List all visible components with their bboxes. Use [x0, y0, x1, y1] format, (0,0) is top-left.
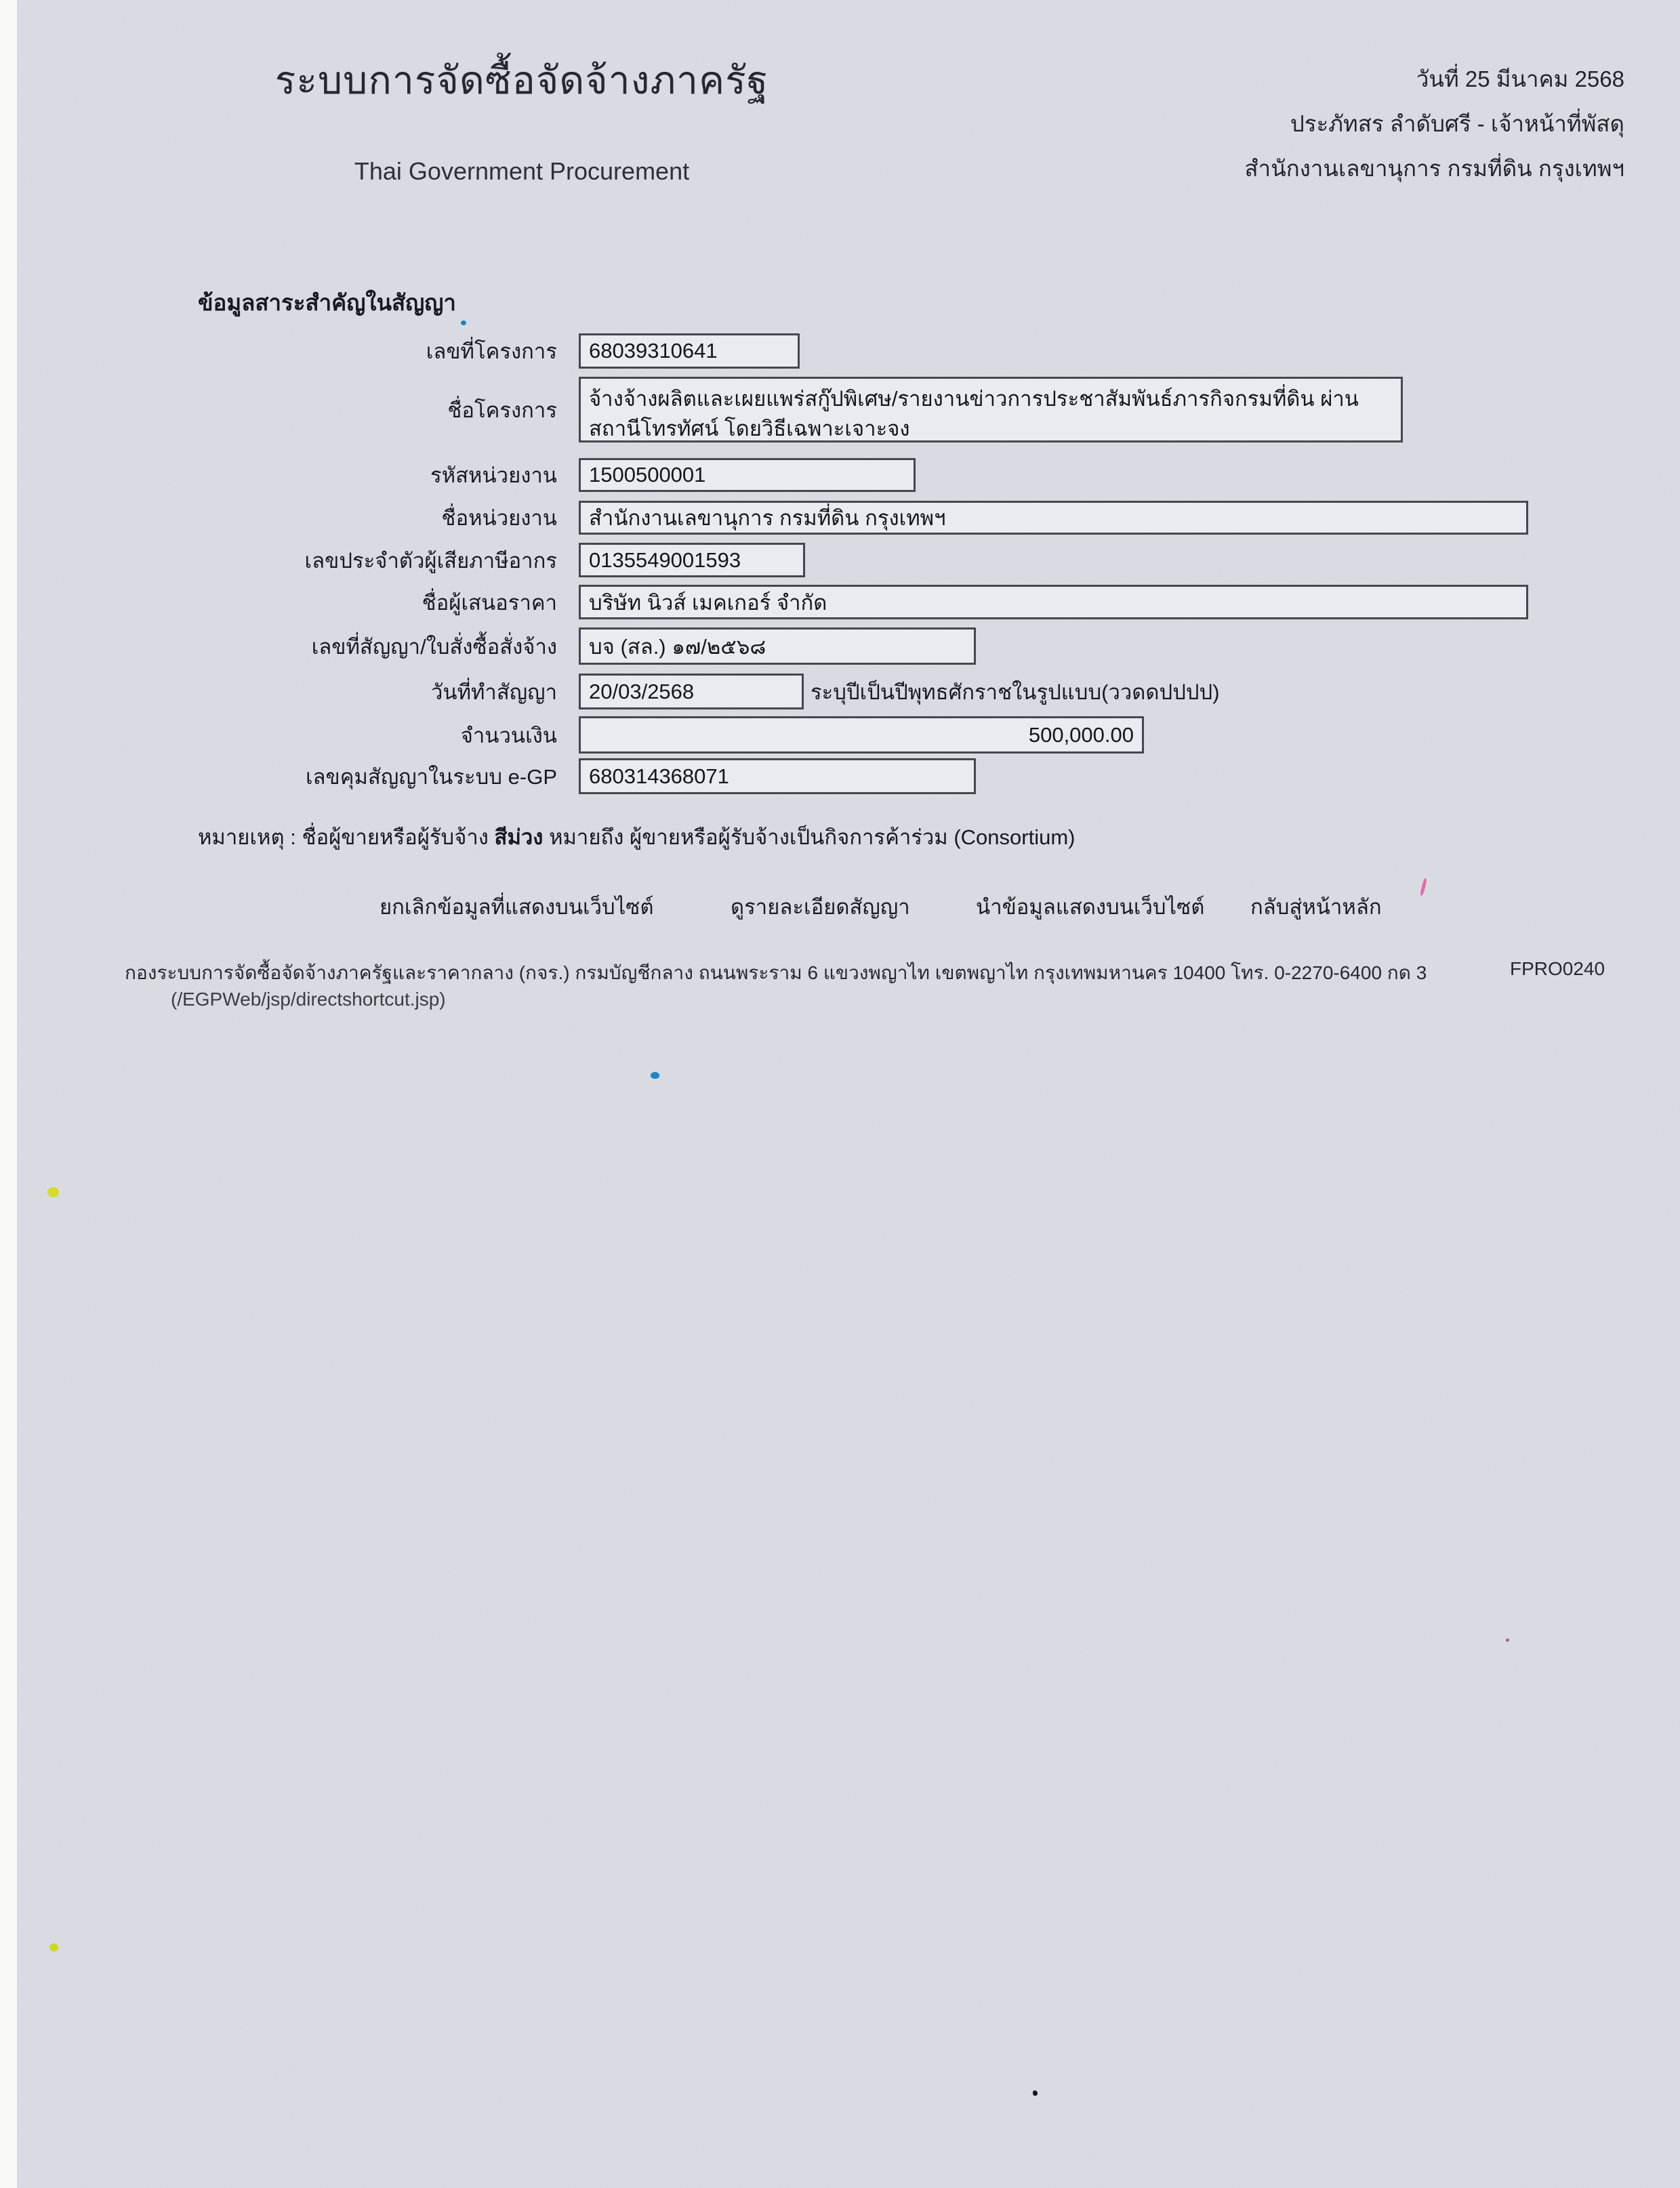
tax-id-field[interactable]: 0135549001593	[579, 543, 805, 577]
consortium-note: หมายเหตุ : ชื่อผู้ขายหรือผู้รับจ้าง สีม่…	[198, 820, 1075, 854]
user-organization: สำนักงานเลขานุการ กรมที่ดิน กรุงเทพฯ	[1245, 146, 1624, 191]
agency-code-label: รหัสหน่วยงาน	[0, 458, 557, 492]
back-to-home-button[interactable]: กลับสู่หน้าหลัก	[1250, 890, 1382, 924]
contract-date-field[interactable]: 20/03/2568	[579, 674, 804, 709]
field-row-agency-name: ชื่อหน่วยงาน สำนักงานเลขานุการ กรมที่ดิน…	[0, 501, 1680, 535]
bidder-name-field[interactable]: บริษัท นิวส์ เมคเกอร์ จำกัด	[579, 585, 1528, 619]
amount-field[interactable]: 500,000.00	[579, 716, 1144, 754]
contract-number-field[interactable]: บจ (สล.) ๑๗/๒๕๖๘	[579, 627, 976, 665]
note-suffix: หมายถึง ผู้ขายหรือผู้รับจ้างเป็นกิจการค้…	[543, 825, 1075, 849]
field-row-egp-control-number: เลขคุมสัญญาในระบบ e-GP 680314368071	[0, 758, 1680, 794]
field-row-project-name: ชื่อโครงการ จ้างจ้างผลิตและเผยแพร่สกู๊ปพ…	[0, 377, 1680, 442]
app-title-thai: ระบบการจัดซื้อจัดจ้างภาครัฐ	[217, 50, 827, 111]
footer-address: กองระบบการจัดซื้อจัดจ้างภาครัฐและราคากลา…	[125, 958, 1427, 988]
paper-sheet	[17, 0, 1680, 2188]
project-name-field[interactable]: จ้างจ้างผลิตและเผยแพร่สกู๊ปพิเศษ/รายงานข…	[579, 377, 1403, 442]
ink-speck-yellow	[49, 1943, 58, 1952]
project-number-field[interactable]: 68039310641	[579, 333, 800, 369]
field-row-contract-number: เลขที่สัญญา/ใบสั่งซื้อสั่งจ้าง บจ (สล.) …	[0, 627, 1680, 665]
user-info-block: วันที่ 25 มีนาคม 2568 ประภัทสร ลำดับศรี …	[1245, 57, 1624, 191]
current-date: วันที่ 25 มีนาคม 2568	[1245, 57, 1624, 102]
contract-date-label: วันที่ทำสัญญา	[0, 675, 557, 709]
note-prefix: หมายเหตุ : ชื่อผู้ขายหรือผู้รับจ้าง	[198, 825, 495, 849]
contract-number-label: เลขที่สัญญา/ใบสั่งซื้อสั่งจ้าง	[0, 629, 557, 663]
project-number-label: เลขที่โครงการ	[0, 334, 557, 368]
field-row-contract-date: วันที่ทำสัญญา 20/03/2568 ระบุปีเป็นปีพุท…	[0, 674, 1680, 709]
project-name-label: ชื่อโครงการ	[0, 393, 557, 427]
ink-speck-blue	[461, 321, 466, 325]
publish-website-data-button[interactable]: นำข้อมูลแสดงบนเว็บไซต์	[976, 890, 1204, 924]
form-code: FPRO0240	[1510, 958, 1605, 980]
tax-id-label: เลขประจำตัวผู้เสียภาษีอากร	[0, 543, 557, 577]
logged-in-user: ประภัทสร ลำดับศรี - เจ้าหน้าที่พัสดุ	[1245, 102, 1624, 146]
scanner-edge-strip	[0, 0, 17, 2188]
note-emphasis: สีม่วง	[495, 825, 544, 849]
agency-code-field[interactable]: 1500500001	[579, 458, 916, 492]
field-row-agency-code: รหัสหน่วยงาน 1500500001	[0, 458, 1680, 492]
bidder-name-label: ชื่อผู้เสนอราคา	[0, 585, 557, 619]
egp-control-number-label: เลขคุมสัญญาในระบบ e-GP	[0, 760, 557, 793]
section-title: ข้อมูลสาระสำคัญในสัญญา	[198, 285, 456, 321]
contract-date-format-hint: ระบุปีเป็นปีพุทธศักราชในรูปแบบ(ววดดปปปป)	[811, 675, 1220, 709]
ink-speck-red	[1506, 1638, 1509, 1642]
field-row-amount: จำนวนเงิน 500,000.00	[0, 716, 1680, 754]
scanned-procurement-page: ระบบการจัดซื้อจัดจ้างภาครัฐ Thai Governm…	[0, 0, 1680, 2188]
field-row-tax-id: เลขประจำตัวผู้เสียภาษีอากร 0135549001593	[0, 543, 1680, 577]
ink-speck-yellow	[47, 1187, 59, 1197]
ink-speck-blue	[651, 1072, 659, 1079]
cancel-website-data-button[interactable]: ยกเลิกข้อมูลที่แสดงบนเว็บไซต์	[380, 890, 653, 924]
footer-path[interactable]: (/EGPWeb/jsp/directshortcut.jsp)	[171, 989, 446, 1010]
paper-texture	[17, 0, 1680, 2188]
field-row-project-number: เลขที่โครงการ 68039310641	[0, 333, 1680, 369]
agency-name-label: ชื่อหน่วยงาน	[0, 501, 557, 535]
field-row-bidder-name: ชื่อผู้เสนอราคา บริษัท นิวส์ เมคเกอร์ จำ…	[0, 585, 1680, 619]
app-title-english: Thai Government Procurement	[217, 157, 827, 186]
amount-label: จำนวนเงิน	[0, 718, 557, 752]
ink-speck-dark	[1033, 2090, 1038, 2096]
egp-control-number-field[interactable]: 680314368071	[579, 758, 976, 794]
agency-name-field[interactable]: สำนักงานเลขานุการ กรมที่ดิน กรุงเทพฯ	[579, 501, 1528, 535]
view-contract-details-button[interactable]: ดูรายละเอียดสัญญา	[731, 890, 910, 924]
